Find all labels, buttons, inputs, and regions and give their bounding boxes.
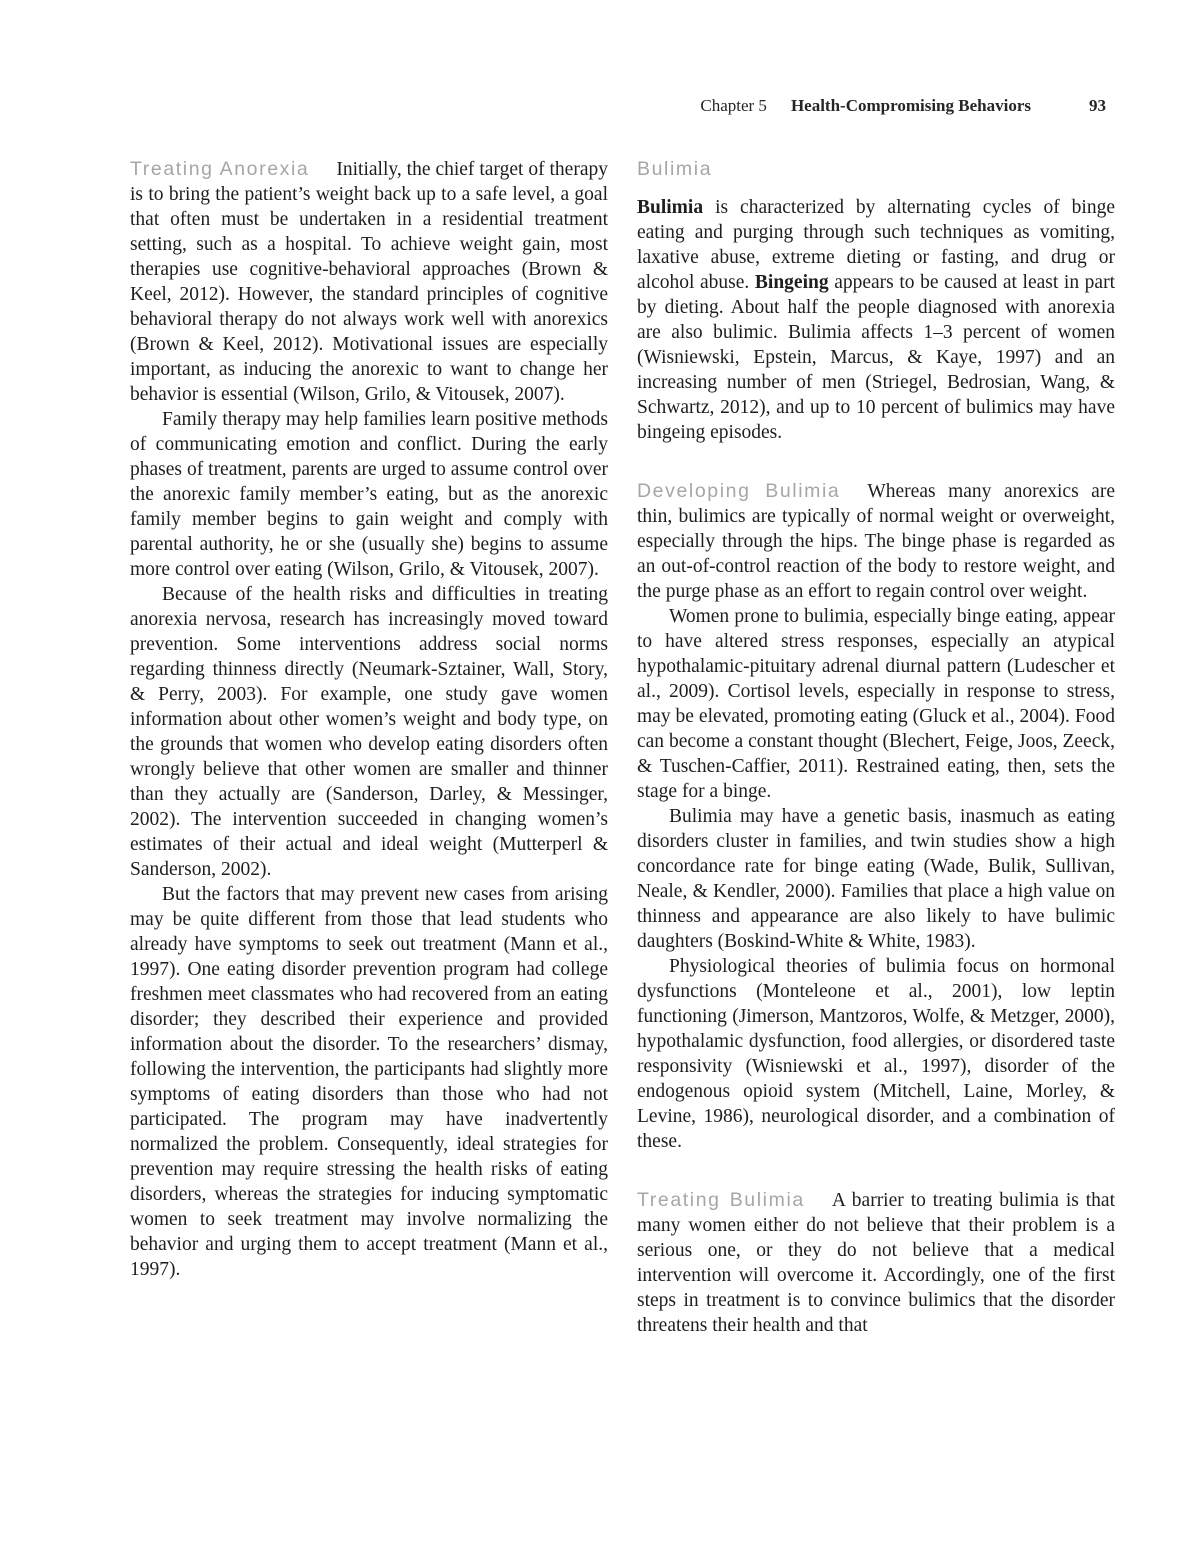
paragraph: Treating BulimiaA barrier to treating bu… [637,1188,1115,1338]
left-column: Treating AnorexiaInitially, the chief ta… [130,157,608,1338]
paragraph-text: A barrier to treating bulimia is that ma… [637,1190,1115,1336]
two-column-layout: Treating AnorexiaInitially, the chief ta… [130,157,1115,1338]
paragraph-text: Physiological theories of bulimia focus … [637,956,1115,1152]
paragraph-text: Bulimia may have a genetic basis, inasmu… [637,806,1115,952]
right-column: Bulimia Bulimia is characterized by alte… [637,157,1115,1338]
paragraph-text: appears to be caused at least in part by… [637,272,1115,443]
paragraph: Bulimia is characterized by alternating … [637,195,1115,445]
section-developing-bulimia: Developing BulimiaWhereas many anorexics… [637,479,1115,1154]
page-number: 93 [1089,96,1106,115]
paragraph: Treating AnorexiaInitially, the chief ta… [130,157,608,407]
paragraph: Because of the health risks and difficul… [130,582,608,882]
runin-heading-developing-bulimia: Developing Bulimia [637,480,867,502]
textbook-page: Chapter 5Health-Compromising Behaviors93… [0,0,1200,1553]
paragraph: Bulimia may have a genetic basis, inasmu… [637,804,1115,954]
key-term-bingeing: Bingeing [755,272,829,293]
running-head: Chapter 5Health-Compromising Behaviors93 [0,96,1106,116]
paragraph: Family therapy may help families learn p… [130,407,608,582]
paragraph-text: Women prone to bulimia, especially binge… [637,606,1115,802]
key-term-bulimia: Bulimia [637,197,703,218]
section-heading-bulimia: Bulimia [637,157,1115,182]
running-head-title: Health-Compromising Behaviors [791,96,1031,115]
paragraph-text: Initially, the chief target of therapy i… [130,159,608,405]
section-treating-anorexia: Treating AnorexiaInitially, the chief ta… [130,157,608,1282]
paragraph: Women prone to bulimia, especially binge… [637,604,1115,804]
paragraph-text: But the factors that may prevent new cas… [130,884,608,1280]
paragraph-text: Family therapy may help families learn p… [130,409,608,580]
paragraph-text: Because of the health risks and difficul… [130,584,608,880]
section-treating-bulimia: Treating BulimiaA barrier to treating bu… [637,1188,1115,1338]
paragraph: Developing BulimiaWhereas many anorexics… [637,479,1115,604]
section-bulimia: Bulimia Bulimia is characterized by alte… [637,157,1115,445]
runin-heading-treating-bulimia: Treating Bulimia [637,1189,832,1211]
paragraph: Physiological theories of bulimia focus … [637,954,1115,1154]
chapter-label: Chapter 5 [700,96,767,115]
runin-heading-treating-anorexia: Treating Anorexia [130,158,336,180]
paragraph: But the factors that may prevent new cas… [130,882,608,1282]
